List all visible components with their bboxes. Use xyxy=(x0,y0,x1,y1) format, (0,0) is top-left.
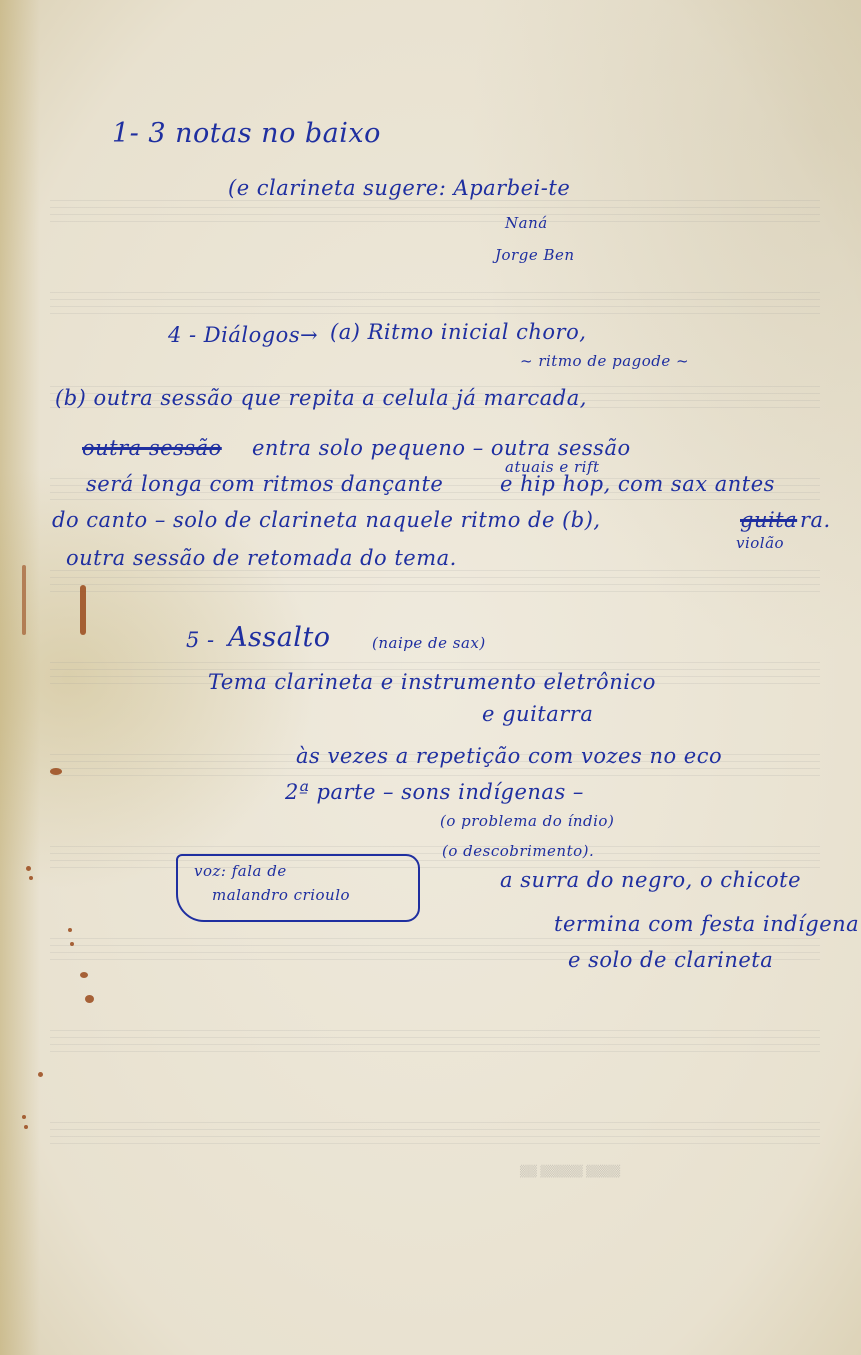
rust-stain xyxy=(85,995,94,1003)
section1-line2: Naná xyxy=(505,214,548,232)
rust-stain xyxy=(80,585,86,635)
rust-stain xyxy=(50,768,62,775)
section4-item-a-insert: ~ ritmo de pagode ~ xyxy=(520,352,689,370)
rust-stain xyxy=(68,928,72,932)
section4-line4-start: será longa com ritmos dançante xyxy=(86,472,443,496)
section4-line3: entra solo pequeno – outra sessão xyxy=(252,436,631,460)
section5-heading-title: Assalto xyxy=(228,622,331,653)
rust-stain xyxy=(22,565,26,635)
rust-stain xyxy=(38,1072,43,1077)
box-note-line1: voz: fala de xyxy=(194,862,287,880)
section1-line1: (e clarineta sugere: Aparbei-te xyxy=(228,176,570,200)
bleed-through-stamp: ▒▒▒▒ ▒▒▒▒▒ ▒▒ xyxy=(520,1165,620,1178)
section4-item-a: (a) Ritmo inicial choro, xyxy=(330,320,586,344)
section5-heading-note: (naipe de sax) xyxy=(372,634,486,652)
section5-line2: e guitarra xyxy=(482,702,593,726)
arrow-icon: → xyxy=(300,323,318,347)
section1-line3: Jorge Ben xyxy=(495,246,575,264)
box-note-line2: malandro crioulo xyxy=(212,886,350,904)
section4-line5-end: ra. xyxy=(800,508,831,532)
section4-line4-end: e hip hop, com sax antes xyxy=(500,472,775,496)
section5-line3: às vezes a repetição com vozes no eco xyxy=(296,744,722,768)
section5-line5: (o problema do índio) xyxy=(440,812,614,830)
section1-heading: 1- 3 notas no baixo xyxy=(112,118,381,149)
paper-edge-discoloration xyxy=(0,0,40,1355)
rust-stain xyxy=(22,1115,26,1119)
section4-heading: 4 - Diálogos xyxy=(168,323,300,347)
staff-lines xyxy=(50,1030,820,1058)
staff-lines xyxy=(50,200,820,228)
section4-line6: outra sessão de retomada do tema. xyxy=(66,546,457,570)
section5-line8: termina com festa indígena xyxy=(554,912,859,936)
struck-text: guita xyxy=(740,508,797,532)
section5-line6: (o descobrimento). xyxy=(442,842,594,860)
section4-item-b: (b) outra sessão que repita a celula já … xyxy=(55,386,587,410)
section5-line7: a surra do negro, o chicote xyxy=(500,868,801,892)
staff-lines xyxy=(50,570,820,598)
rust-stain xyxy=(24,1125,28,1129)
section4-line5-insert: violão xyxy=(736,534,784,552)
section5-line9: e solo de clarineta xyxy=(568,948,773,972)
struck-text: outra sessão xyxy=(82,436,222,460)
rust-stain xyxy=(26,866,31,871)
rust-stain xyxy=(80,972,88,978)
section4-line5-start: do canto – solo de clarineta naquele rit… xyxy=(52,508,601,532)
section5-line4: 2ª parte – sons indígenas – xyxy=(285,780,584,804)
rust-stain xyxy=(70,942,74,946)
rust-stain xyxy=(29,876,33,880)
staff-lines xyxy=(50,292,820,320)
staff-lines xyxy=(50,1122,820,1150)
manuscript-page: 1- 3 notas no baixo (e clarineta sugere:… xyxy=(0,0,861,1355)
section5-heading-number: 5 - xyxy=(186,628,215,652)
section5-line1: Tema clarineta e instrumento eletrônico xyxy=(208,670,656,694)
